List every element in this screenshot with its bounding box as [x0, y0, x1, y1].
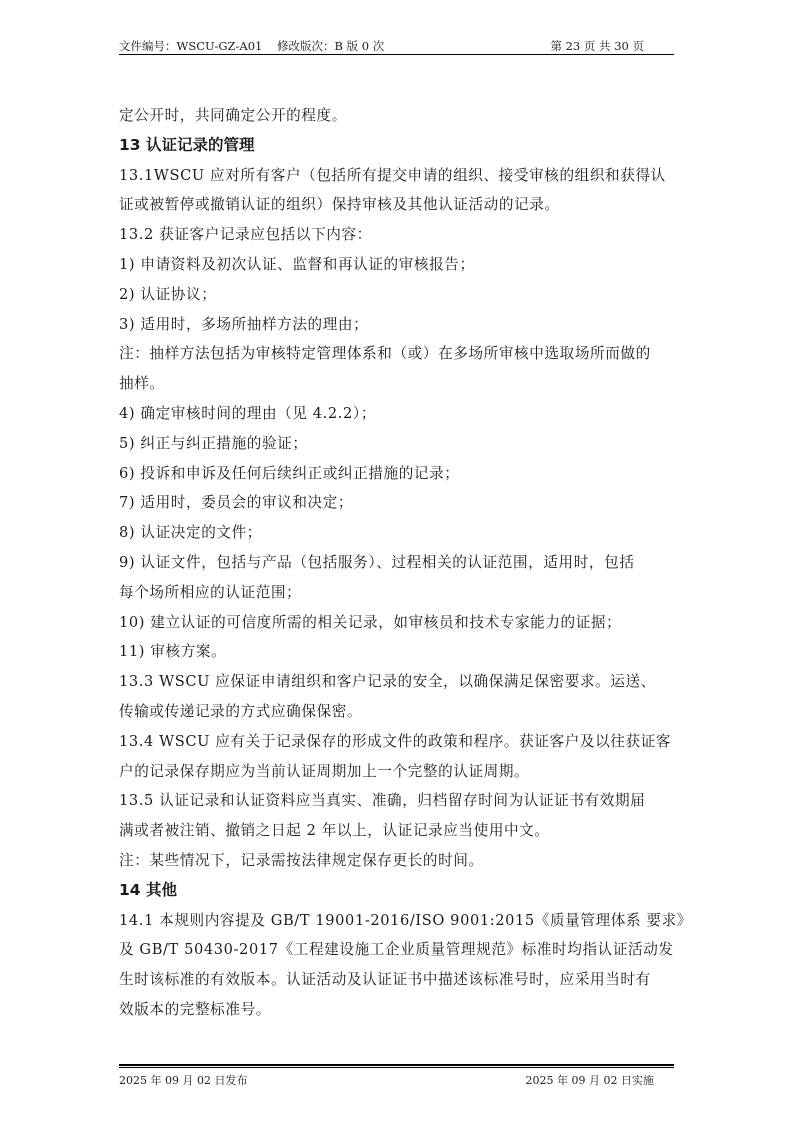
page-footer: 2025 年 09 月 02 日发布 2025 年 09 月 02 日实施	[119, 1064, 674, 1088]
clause-14-1-line: 及 GB/T 50430-2017《工程建设施工企业质量管理规范》标准时均指认证…	[119, 935, 675, 965]
document-body: 定公开时，共同确定公开的程度。 13 认证记录的管理 13.1WSCU 应对所有…	[119, 101, 675, 1025]
clause-13-3-line: 传输或传递记录的方式应确保保密。	[119, 697, 675, 727]
list-item-9-line: 9) 认证文件，包括与产品（包括服务）、过程相关的认证范围，适用时，包括	[119, 548, 675, 578]
effective-date: 2025 年 09 月 02 日实施	[526, 1072, 654, 1088]
clause-14-1-line: 效版本的完整标准号。	[119, 995, 675, 1025]
list-item-2: 2) 认证协议；	[119, 280, 675, 310]
clause-13-5-line: 13.5 认证记录和认证资料应当真实、准确，归档留存时间为认证证书有效期届	[119, 786, 675, 816]
note-line: 注：抽样方法包括为审核特定管理体系和（或）在多场所审核中选取场所而做的	[119, 339, 675, 369]
list-item-1: 1) 申请资料及初次认证、监督和再认证的审核报告；	[119, 250, 675, 280]
document-number: 文件编号：WSCU-GZ-A01	[119, 38, 262, 54]
list-item-4: 4) 确定审核时间的理由（见 4.2.2）；	[119, 399, 675, 429]
clause-13-3-line: 13.3 WSCU 应保证申请组织和客户记录的安全，以确保满足保密要求。运送、	[119, 667, 675, 697]
list-item-9-line: 每个场所相应的认证范围；	[119, 578, 675, 608]
revision-info: 修改版次：B 版 0 次	[277, 38, 384, 54]
section-heading-13: 13 认证记录的管理	[119, 131, 675, 161]
list-item-7: 7) 适用时，委员会的审议和决定；	[119, 488, 675, 518]
clause-14-1-line: 14.1 本规则内容提及 GB/T 19001-2016/ISO 9001:20…	[119, 906, 675, 936]
list-item-11: 11) 审核方案。	[119, 637, 675, 667]
clause-13-1-line: 13.1WSCU 应对所有客户（包括所有提交申请的组织、接受审核的组织和获得认	[119, 161, 675, 191]
note-line: 注：某些情况下，记录需按法律规定保存更长的时间。	[119, 846, 675, 876]
section-heading-14: 14 其他	[119, 876, 675, 906]
clause-13-2: 13.2 获证客户记录应包括以下内容：	[119, 220, 675, 250]
list-item-10: 10) 建立认证的可信度所需的相关记录，如审核员和技术专家能力的证据；	[119, 608, 675, 638]
clause-14-1-line: 生时该标准的有效版本。认证活动及认证证书中描述该标准号时，应采用当时有	[119, 965, 675, 995]
note-line: 抽样。	[119, 369, 675, 399]
page-number: 第 23 页 共 30 页	[550, 38, 644, 54]
list-item-6: 6) 投诉和申诉及任何后续纠正或纠正措施的记录；	[119, 459, 675, 489]
list-item-3: 3) 适用时，多场所抽样方法的理由；	[119, 310, 675, 340]
clause-13-4-line: 户的记录保存期应为当前认证周期加上一个完整的认证周期。	[119, 757, 675, 787]
clause-13-4-line: 13.4 WSCU 应有关于记录保存的形成文件的政策和程序。获证客户及以往获证客	[119, 727, 675, 757]
clause-13-1-line: 证或被暂停或撤销认证的组织）保持审核及其他认证活动的记录。	[119, 190, 675, 220]
clause-13-5-line: 满或者被注销、撤销之日起 2 年以上，认证记录应当使用中文。	[119, 816, 675, 846]
footer-double-rule	[119, 1064, 674, 1068]
list-item-5: 5) 纠正与纠正措施的验证；	[119, 429, 675, 459]
paragraph-line: 定公开时，共同确定公开的程度。	[119, 101, 675, 131]
issue-date: 2025 年 09 月 02 日发布	[119, 1072, 247, 1088]
list-item-8: 8) 认证决定的文件；	[119, 518, 675, 548]
page-header: 文件编号：WSCU-GZ-A01 修改版次：B 版 0 次 第 23 页 共 3…	[119, 36, 674, 55]
